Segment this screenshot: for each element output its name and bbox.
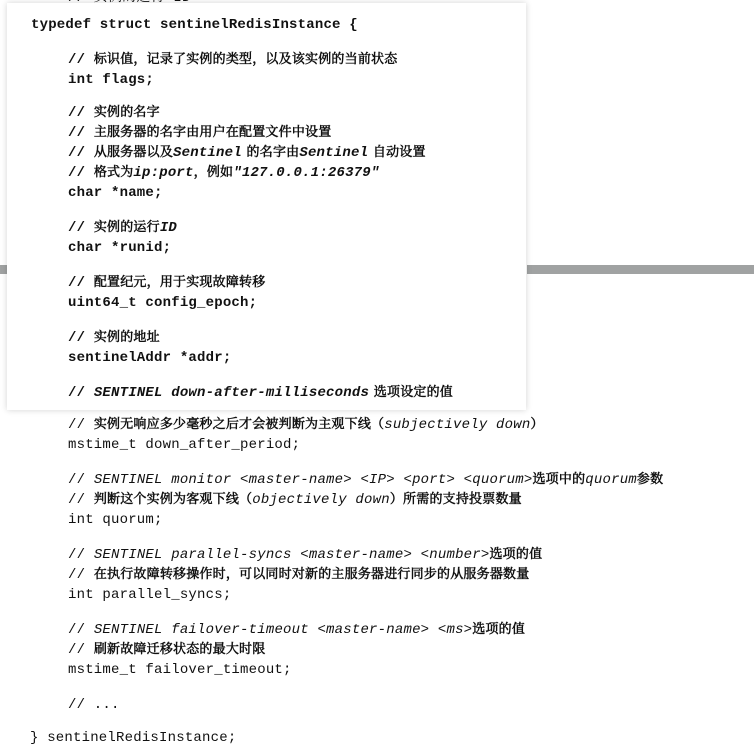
code-fragment: // [68,105,94,121]
code-line: char *name; [68,183,163,203]
code-fragment: int parallel_syncs; [68,587,231,603]
code-fragment: 的名字由 [242,145,300,160]
code-fragment: // [68,622,94,638]
code-fragment: 在执行故障转移操作时，可以同时对新的主服务器进行同步的从服务器数量 [94,567,530,582]
code-fragment: SENTINEL failover-timeout <master-name> … [94,622,472,638]
code-line: // SENTINEL monitor <master-name> <IP> <… [68,470,663,490]
code-fragment: // [68,642,94,658]
code-line: // SENTINEL down-after-milliseconds 选项设定… [68,383,453,403]
code-fragment: Sentinel [173,145,242,161]
code-fragment: // [68,472,94,488]
code-fragment: ）所需的支持投票数量 [390,492,522,507]
code-fragment: // [68,165,94,181]
code-fragment: mstime_t failover_timeout; [68,662,292,678]
code-line: // 在执行故障转移操作时，可以同时对新的主服务器进行同步的从服务器数量 [68,565,529,585]
code-fragment: SENTINEL down-after-milliseconds [94,385,369,401]
code-line: // 格式为ip:port，例如"127.0.0.1:26379" [68,163,379,183]
code-line: // ... [68,695,120,715]
code-fragment: 刷新故障迁移状态的最大时限 [94,642,266,657]
code-line: // 判断这个实例为客观下线（objectively down）所需的支持投票数… [68,490,522,510]
code-fragment: 自动设置 [368,145,426,160]
code-line: mstime_t down_after_period; [68,435,300,455]
code-line: // SENTINEL parallel-syncs <master-name>… [68,545,542,565]
code-fragment: ID [160,220,177,236]
zoomed-preview-card: typedef struct sentinelRedisInstance {//… [7,3,526,410]
code-fragment: ip:port [133,165,193,181]
divider-right [527,265,754,274]
code-fragment: 判断这个实例为客观下线（ [94,492,252,507]
code-fragment: subjectively down [384,417,530,433]
code-fragment: sentinelAddr *addr; [68,350,231,366]
code-fragment: // [68,52,94,68]
code-fragment: } sentinelRedisInstance; [30,730,236,746]
code-line: } sentinelRedisInstance; [30,728,236,748]
code-fragment: 实例无响应多少毫秒之后才会被判断为主观下线（ [94,417,384,432]
code-fragment: // [68,125,94,141]
code-fragment: // [68,385,94,401]
code-line: // 实例的地址 [68,328,160,348]
code-fragment: 实例的名字 [94,105,160,120]
code-fragment: 实例的地址 [94,330,160,345]
code-fragment: 选项的值 [472,622,525,637]
code-line: sentinelAddr *addr; [68,348,231,368]
code-line: char *runid; [68,238,171,258]
code-line: int quorum; [68,510,163,530]
code-line: // 配置纪元，用于实现故障转移 [68,273,265,293]
code-fragment: 选项设定的值 [369,385,453,400]
code-fragment: 配置纪元，用于实现故障转移 [94,275,266,290]
code-fragment: 选项的值 [489,547,542,562]
code-fragment: 选项中的 [532,472,585,487]
code-line: int parallel_syncs; [68,585,231,605]
code-fragment: 从服务器以及 [94,145,173,160]
code-fragment: // [68,275,94,291]
code-line: mstime_t failover_timeout; [68,660,292,680]
code-line: int flags; [68,70,154,90]
code-fragment: 实例的运行 [94,220,160,235]
code-fragment: int flags; [68,72,154,88]
code-line: // 主服务器的名字由用户在配置文件中设置 [68,123,331,143]
code-fragment: // [68,417,94,433]
code-fragment: 主服务器的名字由用户在配置文件中设置 [94,125,332,140]
code-fragment: // [68,220,94,236]
code-fragment: int quorum; [68,512,163,528]
code-fragment: uint64_t config_epoch; [68,295,257,311]
code-fragment: char *runid; [68,240,171,256]
code-line: typedef struct sentinelRedisInstance { [31,15,358,35]
code-fragment: mstime_t down_after_period; [68,437,300,453]
code-line: // 从服务器以及Sentinel 的名字由Sentinel 自动设置 [68,143,426,163]
code-line: // 刷新故障迁移状态的最大时限 [68,640,265,660]
code-fragment: ） [530,417,543,432]
code-fragment: "127.0.0.1:26379" [233,165,379,181]
code-fragment: typedef struct sentinelRedisInstance { [31,17,358,33]
code-fragment: // [68,145,94,161]
code-fragment: ，例如 [194,165,234,180]
code-fragment: quorum [585,472,637,488]
code-fragment: Sentinel [299,145,368,161]
code-fragment: // [68,547,94,563]
code-fragment: 标识值，记录了实例的类型，以及该实例的当前状态 [94,52,398,67]
code-line: // 标识值，记录了实例的类型，以及该实例的当前状态 [68,50,397,70]
code-fragment: char *name; [68,185,163,201]
code-fragment: // [68,330,94,346]
code-fragment: SENTINEL parallel-syncs <master-name> <n… [94,547,490,563]
code-line: uint64_t config_epoch; [68,293,257,313]
code-line: // 实例无响应多少毫秒之后才会被判断为主观下线（subjectively do… [68,415,544,435]
code-line: // 实例的名字 [68,103,160,123]
code-line: // 实例的运行ID [68,218,177,238]
code-fragment: objectively down [252,492,390,508]
code-fragment: // [68,492,94,508]
code-line: // SENTINEL failover-timeout <master-nam… [68,620,525,640]
code-fragment: // [68,567,94,583]
code-fragment: 格式为 [94,165,134,180]
code-fragment: // ... [68,697,120,713]
code-fragment: 参数 [637,472,663,487]
code-fragment: SENTINEL monitor <master-name> <IP> <por… [94,472,533,488]
